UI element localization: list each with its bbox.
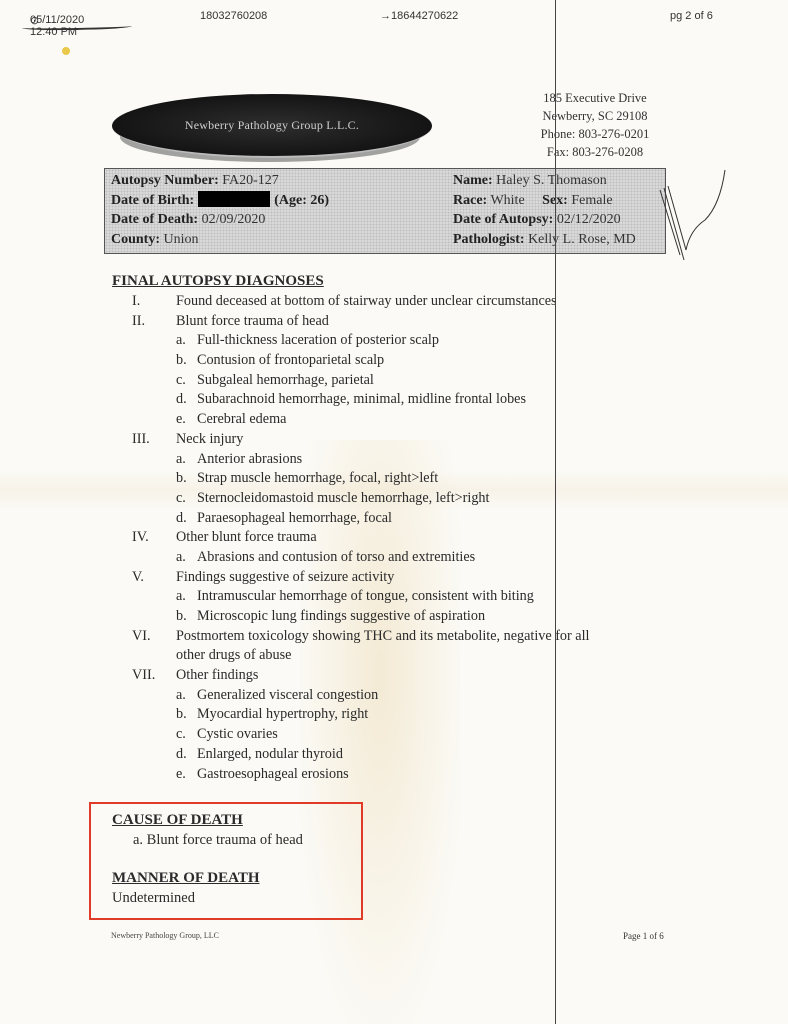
item-number: I. bbox=[132, 292, 140, 312]
item-number: V. bbox=[132, 568, 144, 588]
item-text: Neck injury bbox=[176, 430, 243, 450]
diagnosis-subitem: a.Generalized visceral congestion bbox=[112, 686, 672, 706]
item-text: other drugs of abuse bbox=[176, 646, 291, 666]
item-text: Blunt force trauma of head bbox=[176, 312, 329, 332]
case-info-box: Autopsy Number: FA20-127 Date of Birth:(… bbox=[104, 168, 666, 254]
diagnosis-subitem: b.Strap muscle hemorrhage, focal, right>… bbox=[112, 469, 672, 489]
fax-page-number: pg 2 of 6 bbox=[670, 10, 713, 22]
redaction-bar bbox=[198, 191, 270, 207]
item-text: Abrasions and contusion of torso and ext… bbox=[197, 548, 475, 568]
item-number: II. bbox=[132, 312, 145, 332]
fax-to-number: →18644270622 bbox=[380, 10, 458, 22]
item-text: Cystic ovaries bbox=[197, 725, 278, 745]
item-number: c. bbox=[176, 371, 186, 391]
item-text: Postmortem toxicology showing THC and it… bbox=[176, 627, 589, 647]
diagnosis-subitem: a.Intramuscular hemorrhage of tongue, co… bbox=[112, 587, 672, 607]
item-number: IV. bbox=[132, 528, 149, 548]
diagnosis-item: VI.Postmortem toxicology showing THC and… bbox=[112, 627, 672, 647]
highlighted-cause-manner-box: CAUSE OF DEATH a. Blunt force trauma of … bbox=[89, 802, 363, 920]
diagnosis-item: VII.Other findings bbox=[112, 666, 672, 686]
decedent-name: Name: Haley S. Thomason bbox=[453, 171, 636, 191]
diagnosis-item: I.Found deceased at bottom of stairway u… bbox=[112, 292, 672, 312]
item-number: b. bbox=[176, 705, 187, 725]
date-of-birth: Date of Birth:(Age: 26) bbox=[111, 191, 329, 211]
final-diagnoses: FINAL AUTOPSY DIAGNOSES I.Found deceased… bbox=[112, 273, 672, 784]
pathologist: Pathologist: Kelly L. Rose, MD bbox=[453, 230, 636, 250]
yellow-mark bbox=[62, 47, 70, 55]
cause-of-death-item: a. Blunt force trauma of head bbox=[112, 830, 303, 850]
item-number: VII. bbox=[132, 666, 155, 686]
item-number: b. bbox=[176, 351, 187, 371]
diagnosis-subitem: d.Subarachnoid hemorrhage, minimal, midl… bbox=[112, 390, 672, 410]
item-number: d. bbox=[176, 390, 187, 410]
item-text: Enlarged, nodular thyroid bbox=[197, 745, 343, 765]
diagnosis-subitem: c.Subgaleal hemorrhage, parietal bbox=[112, 371, 672, 391]
diagnoses-title: FINAL AUTOPSY DIAGNOSES bbox=[112, 273, 672, 290]
item-text: Intramuscular hemorrhage of tongue, cons… bbox=[197, 587, 534, 607]
item-text: Full-thickness laceration of posterior s… bbox=[197, 331, 439, 351]
diagnosis-subitem: a.Full-thickness laceration of posterior… bbox=[112, 331, 672, 351]
item-text: Myocardial hypertrophy, right bbox=[197, 705, 368, 725]
diagnosis-subitem: b.Myocardial hypertrophy, right bbox=[112, 705, 672, 725]
diagnosis-continuation: other drugs of abuse bbox=[112, 646, 672, 666]
fax-from-number: 18032760208 bbox=[200, 10, 267, 22]
item-text: Cerebral edema bbox=[197, 410, 286, 430]
race-sex: Race: White Sex: Female bbox=[453, 191, 636, 211]
footer-page-number: Page 1 of 6 bbox=[623, 931, 664, 941]
item-number: c. bbox=[176, 725, 186, 745]
diagnosis-subitem: e.Gastroesophageal erosions bbox=[112, 765, 672, 785]
diagnosis-subitem: d.Enlarged, nodular thyroid bbox=[112, 745, 672, 765]
diagnosis-item: II.Blunt force trauma of head bbox=[112, 312, 672, 332]
item-number: d. bbox=[176, 745, 187, 765]
item-number: d. bbox=[176, 509, 187, 529]
item-text: Sternocleidomastoid muscle hemorrhage, l… bbox=[197, 489, 489, 509]
manner-of-death-title: MANNER OF DEATH bbox=[112, 868, 303, 888]
item-text: Paraesophageal hemorrhage, focal bbox=[197, 509, 392, 529]
item-text: Subgaleal hemorrhage, parietal bbox=[197, 371, 374, 391]
logo-text: Newberry Pathology Group L.L.C. bbox=[185, 118, 359, 133]
county: County: Union bbox=[111, 230, 329, 250]
diagnosis-subitem: b.Microscopic lung findings suggestive o… bbox=[112, 607, 672, 627]
diagnosis-subitem: d.Paraesophageal hemorrhage, focal bbox=[112, 509, 672, 529]
date-of-death: Date of Death: 02/09/2020 bbox=[111, 210, 329, 230]
item-number: e. bbox=[176, 765, 186, 785]
signature-mark bbox=[650, 160, 740, 280]
item-number: III. bbox=[132, 430, 150, 450]
autopsy-number: Autopsy Number: FA20-127 bbox=[111, 171, 329, 191]
diagnosis-subitem: a.Abrasions and contusion of torso and e… bbox=[112, 548, 672, 568]
diagnosis-subitem: a.Anterior abrasions bbox=[112, 450, 672, 470]
item-number: b. bbox=[176, 469, 187, 489]
diagnosis-subitem: e.Cerebral edema bbox=[112, 410, 672, 430]
diagnosis-item: IV.Other blunt force trauma bbox=[112, 528, 672, 548]
item-text: Microscopic lung findings suggestive of … bbox=[197, 607, 485, 627]
item-text: Subarachnoid hemorrhage, minimal, midlin… bbox=[197, 390, 526, 410]
item-number: a. bbox=[176, 686, 186, 706]
diagnoses-list: I.Found deceased at bottom of stairway u… bbox=[112, 292, 672, 784]
cause-of-death-title: CAUSE OF DEATH bbox=[112, 810, 303, 830]
diagnosis-subitem: b.Contusion of frontoparietal scalp bbox=[112, 351, 672, 371]
fax-header: ⊙05/11/2020 12:40 PM 18032760208 →186442… bbox=[20, 6, 768, 26]
item-text: Findings suggestive of seizure activity bbox=[176, 568, 394, 588]
company-logo: Newberry Pathology Group L.L.C. bbox=[112, 90, 432, 162]
item-number: c. bbox=[176, 489, 186, 509]
item-number: a. bbox=[176, 548, 186, 568]
item-text: Strap muscle hemorrhage, focal, right>le… bbox=[197, 469, 438, 489]
item-text: Found deceased at bottom of stairway und… bbox=[176, 292, 557, 312]
date-of-autopsy: Date of Autopsy: 02/12/2020 bbox=[453, 210, 636, 230]
item-number: VI. bbox=[132, 627, 151, 647]
item-number: e. bbox=[176, 410, 186, 430]
diagnosis-item: III.Neck injury bbox=[112, 430, 672, 450]
item-text: Other blunt force trauma bbox=[176, 528, 317, 548]
item-number: a. bbox=[176, 450, 186, 470]
diagnosis-subitem: c.Sternocleidomastoid muscle hemorrhage,… bbox=[112, 489, 672, 509]
item-text: Other findings bbox=[176, 666, 258, 686]
manner-of-death-value: Undetermined bbox=[112, 888, 303, 908]
item-text: Gastroesophageal erosions bbox=[197, 765, 349, 785]
item-text: Contusion of frontoparietal scalp bbox=[197, 351, 384, 371]
item-text: Generalized visceral congestion bbox=[197, 686, 378, 706]
diagnosis-subitem: c.Cystic ovaries bbox=[112, 725, 672, 745]
footer-company: Newberry Pathology Group, LLC bbox=[111, 931, 219, 940]
item-number: b. bbox=[176, 607, 187, 627]
item-number: a. bbox=[176, 331, 186, 351]
item-number: a. bbox=[176, 587, 186, 607]
scan-artifact-line bbox=[555, 0, 556, 1024]
diagnosis-item: V.Findings suggestive of seizure activit… bbox=[112, 568, 672, 588]
item-text: Anterior abrasions bbox=[197, 450, 302, 470]
letterhead-address: 185 Executive Drive Newberry, SC 29108 P… bbox=[540, 89, 650, 161]
